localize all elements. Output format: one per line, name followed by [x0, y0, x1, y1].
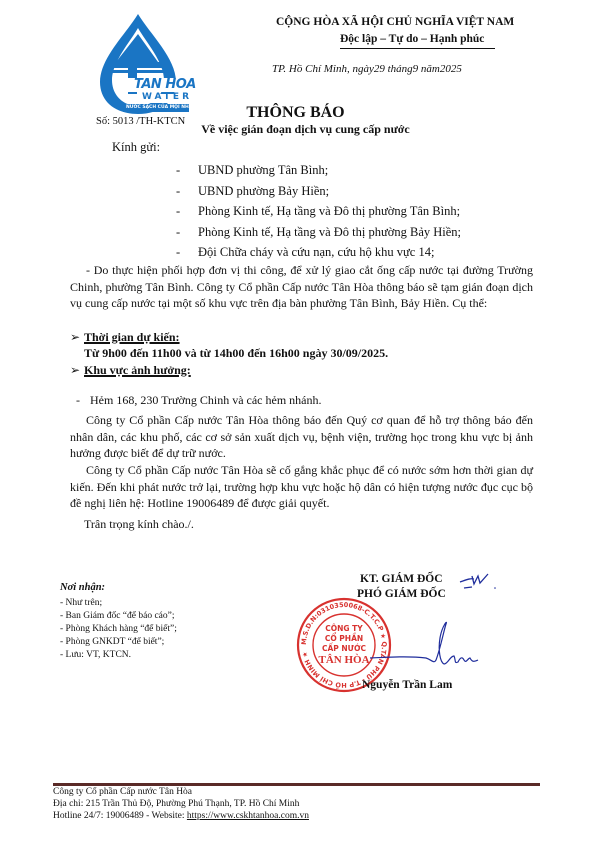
recipient-item: -UBND phường Bảy Hiền;	[176, 181, 461, 202]
recipients-footer-list: - Như trên; - Ban Giám đốc “để báo cáo”;…	[60, 597, 177, 662]
recipient-list: -UBND phường Tân Bình; -UBND phường Bảy …	[176, 160, 461, 263]
recipients-footer-title: Nơi nhận:	[60, 582, 105, 593]
company-logo: TAN HOA WATER NƯỚC SẠCH CỦA MỌI NHÀ	[86, 10, 190, 118]
svg-text:TÂN HÒA: TÂN HÒA	[318, 654, 369, 666]
svg-text:CẤP NƯỚC: CẤP NƯỚC	[322, 643, 367, 653]
motto-underline	[340, 48, 495, 49]
outage-time: Từ 9h00 đến 11h00 và từ 14h00 đến 16h00 …	[84, 346, 388, 361]
initial-signature-icon	[458, 570, 498, 594]
recipients-footer-item: - Phòng Khách hàng “để biết”;	[60, 623, 177, 636]
restore-paragraph: Công ty Cổ phần Cấp nước Tân Hòa sẽ cố g…	[70, 462, 533, 512]
svg-text:CỔ PHẦN: CỔ PHẦN	[325, 633, 363, 643]
recipient-item: -Phòng Kinh tế, Hạ tầng và Đô thị phường…	[176, 222, 461, 243]
footer-company: Công ty Cổ phần Cấp nước Tân Hòa	[53, 786, 309, 798]
logo-sub-text: WATER	[142, 92, 192, 102]
logo-brand-text: TAN HOA	[134, 77, 196, 92]
document-title: THÔNG BÁO	[0, 104, 591, 122]
area-heading: ➢Khu vực ảnh hưởng:	[70, 363, 191, 378]
national-title: CỘNG HÒA XÃ HỘI CHỦ NGHĨA VIỆT NAM	[276, 16, 514, 28]
footer-contact: Hotline 24/7: 19006489 - Website: https:…	[53, 810, 309, 822]
closing: Trân trọng kính chào./.	[84, 517, 194, 532]
time-heading: ➢Thời gian dự kiến:	[70, 330, 180, 345]
recipient-item: -UBND phường Tân Bình;	[176, 160, 461, 181]
handwritten-signature	[370, 620, 490, 675]
footer: Công ty Cổ phần Cấp nước Tân Hòa Địa chỉ…	[53, 786, 309, 822]
signature-icon	[370, 620, 490, 675]
intro-paragraph: - Do thực hiện phối hợp đơn vị thi công,…	[70, 262, 533, 312]
recipients-footer-item: - Như trên;	[60, 597, 177, 610]
svg-text:CÔNG TY: CÔNG TY	[325, 624, 363, 633]
website-link[interactable]: https://www.cskhtanhoa.com.vn	[187, 811, 309, 821]
date-line: TP. Hồ Chí Minh, ngày29 tháng9 năm2025	[272, 63, 462, 75]
document-subtitle: Về việc gián đoạn dịch vụ cung cấp nước	[0, 122, 591, 137]
affected-area-item: -Hẻm 168, 230 Trường Chinh và các hẻm nh…	[76, 393, 322, 408]
recipient-item: -Phòng Kinh tế, Hạ tầng và Đô thị phường…	[176, 201, 461, 222]
signer-name: Nguyễn Trần Lam	[362, 679, 452, 691]
arrow-bullet-icon: ➢	[70, 330, 84, 345]
signature-title-line2: PHÓ GIÁM ĐỐC	[357, 588, 446, 600]
greeting: Kính gửi:	[112, 140, 160, 155]
notify-paragraph: Công ty Cổ phần Cấp nước Tân Hòa thông b…	[70, 412, 533, 462]
recipients-footer-item: - Lưu: VT, KTCN.	[60, 649, 177, 662]
recipients-footer-item: - Ban Giám đốc “để báo cáo”;	[60, 610, 177, 623]
national-motto: Độc lập – Tự do – Hạnh phúc	[340, 33, 484, 45]
footer-address: Địa chỉ: 215 Trần Thủ Độ, Phường Phú Thạ…	[53, 798, 309, 810]
recipients-footer-item: - Phòng GNKDT “để biết”;	[60, 636, 177, 649]
initial-mark	[458, 570, 498, 594]
signature-title-line1: KT. GIÁM ĐỐC	[360, 573, 443, 585]
arrow-bullet-icon: ➢	[70, 363, 84, 378]
recipient-item: -Đội Chữa cháy và cứu nạn, cứu hộ khu vự…	[176, 242, 461, 263]
